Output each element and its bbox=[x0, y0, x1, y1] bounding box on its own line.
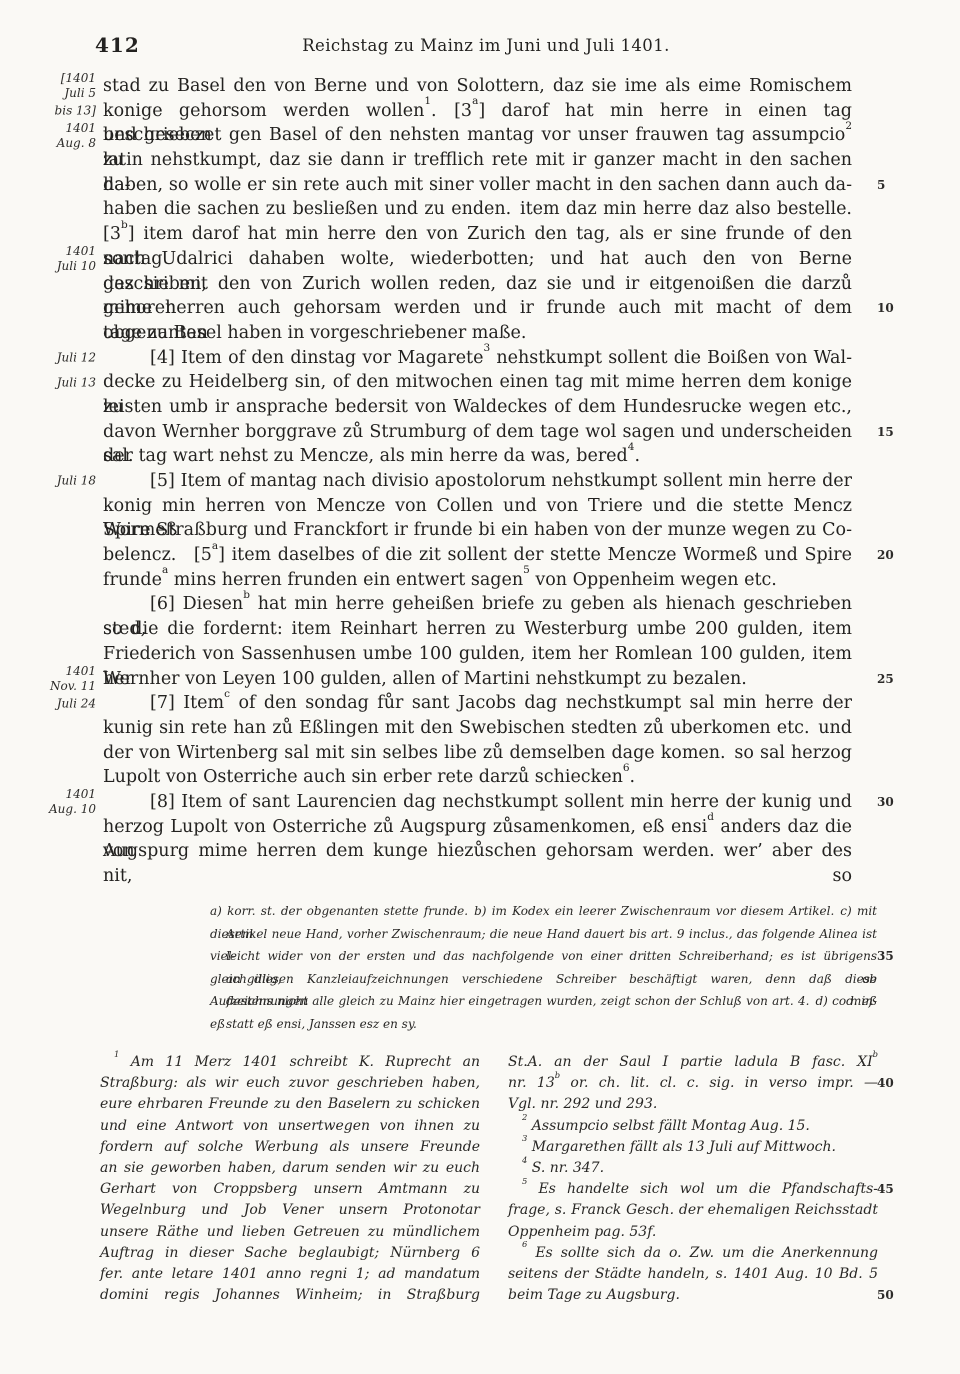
line-text: kunig sin rete han zů Eßlingen mit den S… bbox=[103, 716, 852, 741]
line-text: Lupolt von Osterriche auch sin erber ret… bbox=[103, 765, 852, 790]
line-number: 5 bbox=[877, 173, 885, 198]
text-line: decke zu Heidelberg sin, of den mitwoche… bbox=[103, 370, 852, 395]
text-line: Auftrag in dieser Sache beglaubigt; Nürn… bbox=[100, 1243, 480, 1264]
text-line: herzog Lupolt von Osterriche zů Augspurg… bbox=[103, 815, 852, 840]
text-line: fer. ante letare 1401 anno regni 1; ad m… bbox=[100, 1264, 480, 1285]
text-line: 3 Margarethen fällt als 13 Juli auf Mitt… bbox=[508, 1137, 878, 1158]
line-number: 40 bbox=[877, 1073, 894, 1094]
running-title: Reichstag zu Mainz im Juni und Juli 1401… bbox=[95, 36, 877, 55]
margin-date: 1401Juli 10 bbox=[6, 244, 96, 274]
text-line: an diesen Kanzleiaufzeichnungen verschie… bbox=[210, 968, 877, 991]
text-line: nr. 13b or. ch. lit. cl. c. sig. in vers… bbox=[508, 1073, 878, 1094]
text-line: [6] Diesenb hat min herre geheißen brief… bbox=[103, 592, 852, 617]
text-line: Artikel neue Hand, vorher Zwischenraum; … bbox=[210, 923, 877, 946]
text-line: 4 S. nr. 347. bbox=[508, 1158, 878, 1179]
text-line: 2 Assumpcio selbst fällt Montag Aug. 15. bbox=[508, 1116, 878, 1137]
text-line: fordern auf solche Werbung als unsere Fr… bbox=[100, 1137, 480, 1158]
text-line: statt eß ensi, Janssen esz en sy. bbox=[210, 1013, 877, 1036]
line-text: unsere Räthe und lieben Getreuen zu münd… bbox=[100, 1222, 480, 1243]
line-text: leisten umb ir ansprache bedersit von Wa… bbox=[103, 395, 852, 420]
margin-date: Juli 13 bbox=[6, 375, 96, 390]
text-line: der von Wirtenberg sal mit sin selbes li… bbox=[103, 741, 852, 766]
margin-date: Juli 12 bbox=[6, 350, 96, 365]
line-text: [4] Item of den dinstag vor Magarete3 ne… bbox=[103, 346, 852, 371]
line-text: [5] Item of mantag nach divisio apostolo… bbox=[103, 469, 852, 494]
text-line: leicht wider von der ersten und das nach… bbox=[210, 945, 877, 968]
text-line: destens nicht alle gleich zu Mainz hier … bbox=[210, 990, 877, 1013]
line-text: eure ehrbaren Freunde zu den Baselern zu… bbox=[100, 1094, 480, 1115]
text-line: a) korr. st. der obgenanten stette frund… bbox=[210, 900, 877, 923]
line-text: der von Wirtenberg sal mit sin selbes li… bbox=[103, 741, 852, 766]
margin-date: Juli 24 bbox=[6, 696, 96, 711]
footnote-column-right: St.A. an der Saul I partie ladula B fasc… bbox=[508, 1052, 878, 1306]
footnote-column-left: 1 Am 11 Merz 1401 schreibt K. Ruprecht a… bbox=[100, 1052, 480, 1306]
text-line: leisten umb ir ansprache bedersit von Wa… bbox=[103, 395, 852, 420]
text-line: 5 Es handelte sich wol um die Pfandschaf… bbox=[508, 1179, 878, 1200]
line-text: so die die fordernt: item Reinhart herre… bbox=[103, 617, 852, 642]
line-text: frage, s. Franck Gesch. der ehemaligen R… bbox=[508, 1200, 878, 1221]
text-line: [3b] item darof hat min herre den von Zu… bbox=[103, 222, 852, 247]
text-line: Friederich von Sassenhusen umbe 100 guld… bbox=[103, 642, 852, 667]
line-text: der tag wart nehst zu Mencze, als min he… bbox=[103, 444, 852, 469]
text-line: [4] Item of den dinstag vor Magarete3 ne… bbox=[103, 346, 852, 371]
line-text: Gerhart von Croppsberg unsern Amtmann zu bbox=[100, 1179, 480, 1200]
text-line: belencz. [5a] item daselbes of die zit s… bbox=[103, 543, 852, 568]
line-text: Oppenheim pag. 53f. bbox=[508, 1222, 878, 1243]
line-text: Auftrag in dieser Sache beglaubigt; Nürn… bbox=[100, 1243, 480, 1264]
text-line: Oppenheim pag. 53f. bbox=[508, 1222, 878, 1243]
line-number: 45 bbox=[877, 1179, 894, 1200]
text-line: und eine Antwort von unsertwegen von ihn… bbox=[100, 1116, 480, 1137]
text-line: haben, so wolle er sin rete auch mit sin… bbox=[103, 173, 852, 198]
text-line: Vgl. nr. 292 und 293. bbox=[508, 1094, 878, 1115]
line-text: belencz. [5a] item daselbes of die zit s… bbox=[103, 543, 852, 568]
text-line: [8] Item of sant Laurencien dag nechstku… bbox=[103, 790, 852, 815]
text-line: daz sie mit den von Zurich wollen reden,… bbox=[103, 272, 852, 297]
line-number: 30 bbox=[877, 790, 894, 815]
line-text: beim Tage zu Augsburg. bbox=[508, 1285, 878, 1306]
text-line: Lupolt von Osterriche auch sin erber ret… bbox=[103, 765, 852, 790]
text-line: haben die sachen zu besließen und zu end… bbox=[103, 197, 852, 222]
main-text-block: stad zu Basel den von Berne und von Solo… bbox=[103, 74, 852, 864]
line-text: St.A. an der Saul I partie ladula B fasc… bbox=[508, 1052, 878, 1073]
line-text: statt eß ensi, Janssen esz en sy. bbox=[210, 1013, 877, 1036]
line-text: seitens der Städte handeln, s. 1401 Aug.… bbox=[508, 1264, 878, 1285]
line-text: 5 Es handelte sich wol um die Pfandschaf… bbox=[508, 1179, 878, 1200]
line-text: fer. ante letare 1401 anno regni 1; ad m… bbox=[100, 1264, 480, 1285]
line-text: 1 Am 11 Merz 1401 schreibt K. Ruprecht a… bbox=[100, 1052, 480, 1073]
running-head: 412 Reichstag zu Mainz im Juni und Juli … bbox=[95, 33, 877, 59]
line-text: an sie geworben haben, darum senden wir … bbox=[100, 1158, 480, 1179]
line-number: 20 bbox=[877, 543, 894, 568]
line-text: Vgl. nr. 292 und 293. bbox=[508, 1094, 878, 1115]
text-line: domini regis Johannes Winheim; in Straßb… bbox=[100, 1285, 480, 1306]
text-line: unsere Räthe und lieben Getreuen zu münd… bbox=[100, 1222, 480, 1243]
text-line: Gerhart von Croppsberg unsern Amtmann zu bbox=[100, 1179, 480, 1200]
line-number: 15 bbox=[877, 420, 894, 445]
text-line: und geseczet gen Basel of den nehsten ma… bbox=[103, 123, 852, 148]
text-line: eure ehrbaren Freunde zu den Baselern zu… bbox=[100, 1094, 480, 1115]
text-line: [7] Itemc of den sondag fůr sant Jacobs … bbox=[103, 691, 852, 716]
line-number: 25 bbox=[877, 667, 894, 692]
text-line: davon Wernher borggrave zů Strumburg of … bbox=[103, 420, 852, 445]
margin-date: [1401Juli 5 bbox=[6, 71, 96, 101]
line-number: 50 bbox=[877, 1285, 894, 1306]
text-line: nach Udalrici dahaben wolte, wiederbotte… bbox=[103, 247, 852, 272]
text-line: frage, s. Franck Gesch. der ehemaligen R… bbox=[508, 1200, 878, 1221]
line-text: Wernher von Leyen 100 gulden, allen of M… bbox=[103, 667, 852, 692]
text-line: 6 Es sollte sich da o. Zw. um die Anerke… bbox=[508, 1243, 878, 1264]
line-text: [7] Itemc of den sondag fůr sant Jacobs … bbox=[103, 691, 852, 716]
text-line: konig min herren von Mencze von Collen u… bbox=[103, 494, 852, 519]
margin-date: bis 13] bbox=[6, 104, 96, 119]
margin-date: 1401Aug. 10 bbox=[6, 787, 96, 817]
text-line: mime herren auch gehorsam werden und ir … bbox=[103, 296, 852, 321]
line-number: 35 bbox=[877, 945, 894, 968]
text-line: latin nehstkumpt, daz sie dann ir treffl… bbox=[103, 148, 852, 173]
line-text: domini regis Johannes Winheim; in Straßb… bbox=[100, 1285, 480, 1306]
margin-date: 1401Aug. 8 bbox=[6, 121, 96, 151]
line-text: 4 S. nr. 347. bbox=[508, 1158, 878, 1179]
text-line: Augspurg mime herren dem kunge hiezůsche… bbox=[103, 839, 852, 864]
margin-date: Juli 18 bbox=[6, 474, 96, 489]
margin-date: 1401Nov. 11 bbox=[6, 664, 96, 694]
text-line: tage zu Basel haben in vorgeschriebener … bbox=[103, 321, 852, 346]
book-page: 412 Reichstag zu Mainz im Juni und Juli … bbox=[0, 0, 960, 1374]
text-line: an sie geworben haben, darum senden wir … bbox=[100, 1158, 480, 1179]
line-text: tage zu Basel haben in vorgeschriebener … bbox=[103, 321, 852, 346]
text-line: kunig sin rete han zů Eßlingen mit den S… bbox=[103, 716, 852, 741]
text-line: seitens der Städte handeln, s. 1401 Aug.… bbox=[508, 1264, 878, 1285]
line-text: [8] Item of sant Laurencien dag nechstku… bbox=[103, 790, 852, 815]
text-line: 1 Am 11 Merz 1401 schreibt K. Ruprecht a… bbox=[100, 1052, 480, 1073]
text-line: beim Tage zu Augsburg.50 bbox=[508, 1285, 878, 1306]
line-text: Straßburg: als wir euch zuvor geschriebe… bbox=[100, 1073, 480, 1094]
line-text: 2 Assumpcio selbst fällt Montag Aug. 15. bbox=[508, 1116, 878, 1137]
text-line: so die die fordernt: item Reinhart herre… bbox=[103, 617, 852, 642]
text-line: [5] Item of mantag nach divisio apostolo… bbox=[103, 469, 852, 494]
text-line: der tag wart nehst zu Mencze, als min he… bbox=[103, 444, 852, 469]
line-text: Augspurg mime herren dem kunge hiezůsche… bbox=[103, 839, 852, 888]
line-text: haben, so wolle er sin rete auch mit sin… bbox=[103, 173, 852, 198]
text-line: konige gehorsom werden wollen1. [3a] dar… bbox=[103, 99, 852, 124]
line-text: haben die sachen zu besließen und zu end… bbox=[103, 197, 852, 222]
line-text: und eine Antwort von unsertwegen von ihn… bbox=[100, 1116, 480, 1137]
text-line: Wernher von Leyen 100 gulden, allen of M… bbox=[103, 667, 852, 692]
text-line: frundea mins herren frunden ein entwert … bbox=[103, 568, 852, 593]
apparatus-notes-block: a) korr. st. der obgenanten stette frund… bbox=[210, 900, 877, 1035]
text-line: Straßburg: als wir euch zuvor geschriebe… bbox=[100, 1073, 480, 1094]
line-text: nr. 13b or. ch. lit. cl. c. sig. in vers… bbox=[508, 1073, 878, 1094]
line-text: frundea mins herren frunden ein entwert … bbox=[103, 568, 852, 593]
line-text: 6 Es sollte sich da o. Zw. um die Anerke… bbox=[508, 1243, 878, 1264]
text-line: Wegelnburg und Job Vener unsern Protonot… bbox=[100, 1200, 480, 1221]
line-number: 10 bbox=[877, 296, 894, 321]
line-text: Wegelnburg und Job Vener unsern Protonot… bbox=[100, 1200, 480, 1221]
line-text: 3 Margarethen fällt als 13 Juli auf Mitt… bbox=[508, 1137, 878, 1158]
text-line: St.A. an der Saul I partie ladula B fasc… bbox=[508, 1052, 878, 1073]
line-text: fordern auf solche Werbung als unsere Fr… bbox=[100, 1137, 480, 1158]
